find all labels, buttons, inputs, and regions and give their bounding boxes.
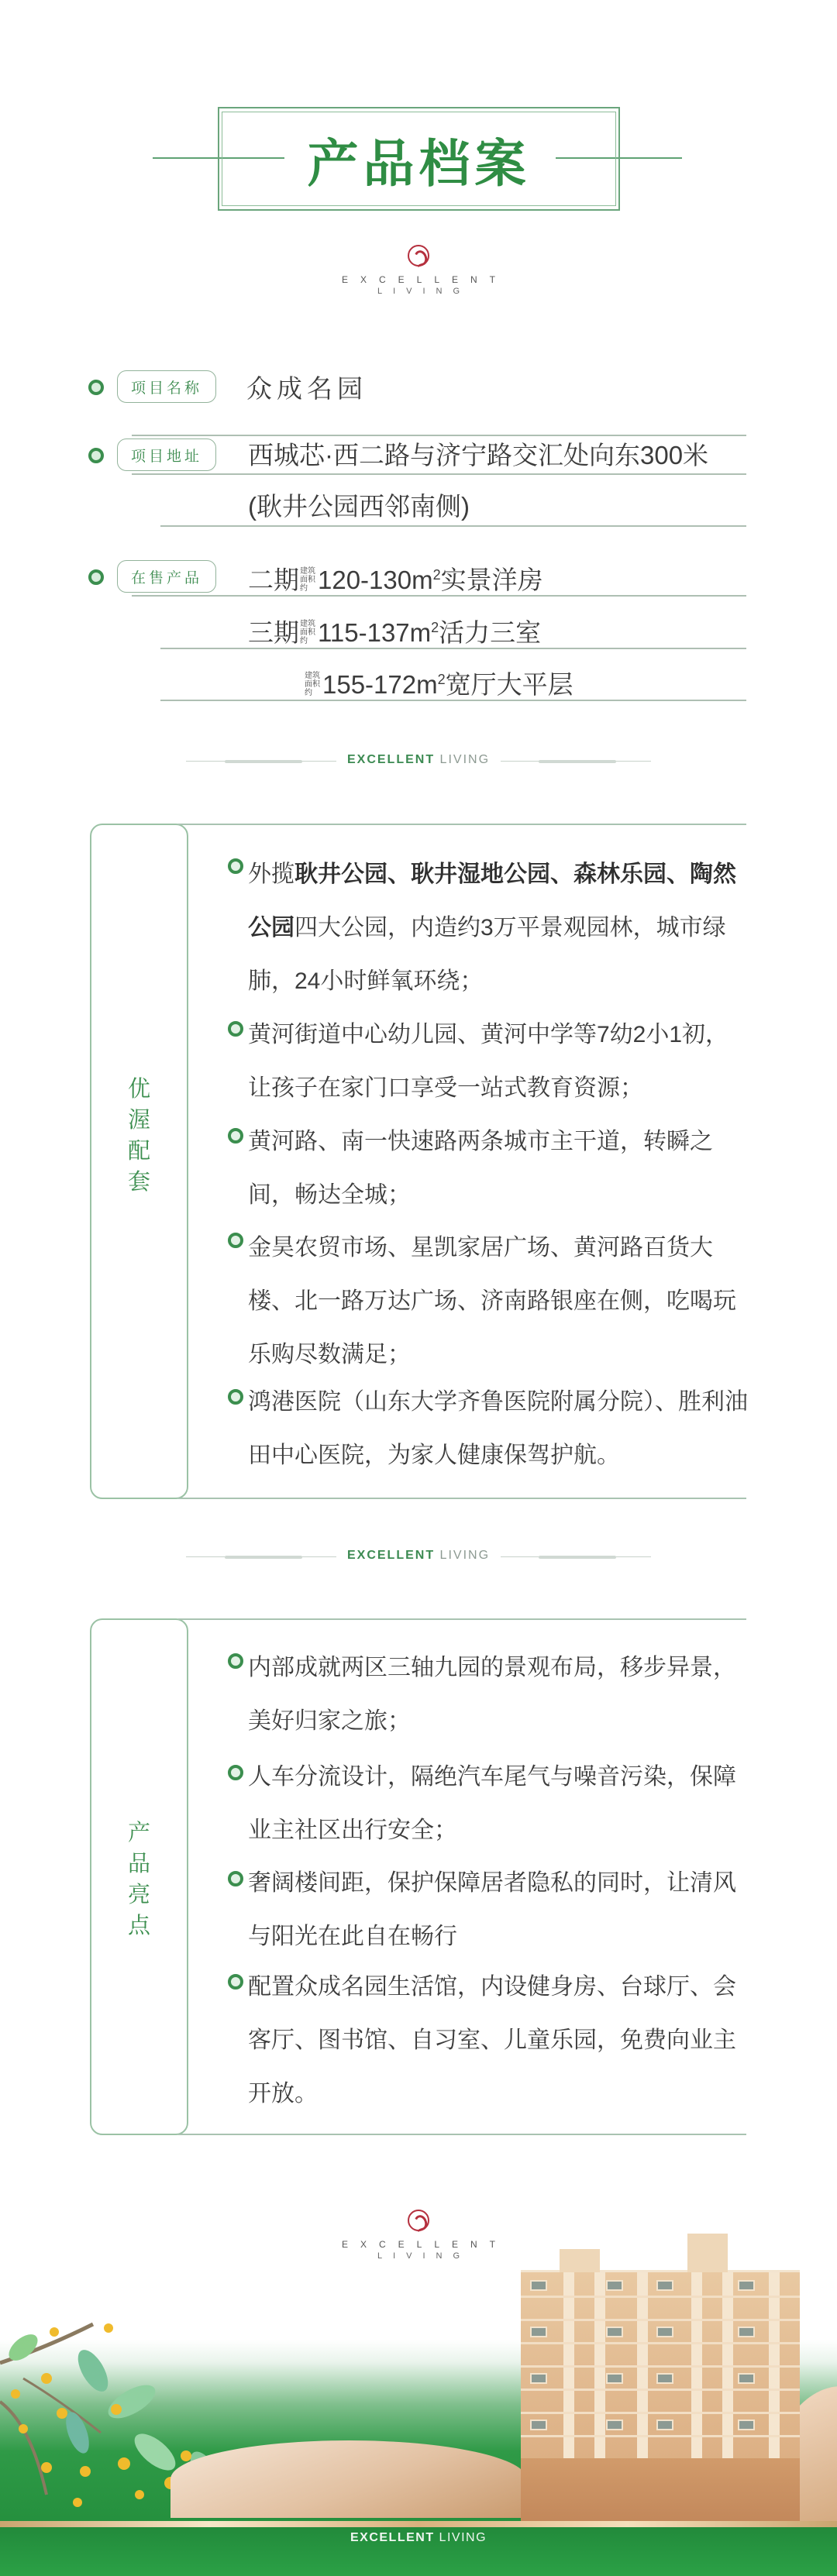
label-project-name: 项目名称 xyxy=(117,370,216,403)
divider-bold-text: EXCELLENT xyxy=(347,1549,435,1562)
divider-light-text: LIVING xyxy=(440,1549,490,1562)
highlight-item-landscape: 内部成就两区三轴九园的景观布局，移步异景，美好归家之旅； xyxy=(248,1641,748,1748)
product-area-sup: 2 xyxy=(438,672,446,687)
amenity-item-education: 黄河街道中心幼儿园、黄河中学等7幼2小1初，让孩子在家门口享受一站式教育资源； xyxy=(248,1008,748,1115)
seal-logo-icon xyxy=(408,245,429,267)
product-phase: 三期 xyxy=(248,618,299,647)
section-divider: EXCELLENT LIVING xyxy=(186,1546,651,1569)
label-products-on-sale: 在售产品 xyxy=(117,560,216,593)
card-top-border xyxy=(178,824,746,825)
info-underline xyxy=(132,473,746,475)
product-phase: 二期 xyxy=(248,566,299,594)
bullet-dot-icon xyxy=(228,1974,243,1990)
card-title-amenities: 优 渥 配 套 xyxy=(90,1073,188,1197)
gold-wave-decoration xyxy=(170,2440,527,2518)
info-underline xyxy=(160,525,746,527)
seal-logo-icon xyxy=(408,2210,429,2231)
info-underline xyxy=(160,648,746,649)
card-bottom-border xyxy=(178,2134,746,2135)
product-area: 120-130m xyxy=(318,566,433,594)
footer-tagline: EXCELLENT LIVING xyxy=(0,2531,837,2545)
product-row: 建筑面积约155-172m2宽厅大平层 xyxy=(304,665,573,701)
page-title: 产品档案 xyxy=(218,107,620,211)
gold-band-decoration xyxy=(0,2521,837,2527)
bullet-dot-icon xyxy=(228,1128,243,1144)
bullet-dot-icon xyxy=(228,1653,243,1669)
product-area-sup: 2 xyxy=(433,567,441,583)
highlight-item-traffic: 人车分流设计，隔绝汽车尾气与噪音污染，保障业主社区出行安全； xyxy=(248,1750,748,1857)
product-area: 155-172m xyxy=(322,670,438,699)
project-address-line1: 西城芯·西二路与济宁路交汇处向东300米 xyxy=(248,435,708,472)
divider-bold-text: EXCELLENT xyxy=(347,753,435,766)
card-bottom-border xyxy=(178,1498,746,1499)
card-title-highlights: 产 品 亮 点 xyxy=(90,1817,188,1941)
logo-text-line2: LIVING xyxy=(0,287,837,296)
label-project-address: 项目地址 xyxy=(117,439,216,471)
bullet-dot-icon xyxy=(228,1389,243,1405)
highlight-item-clubhouse: 配置众成名园生活馆，内设健身房、台球厅、会客厅、图书馆、自习室、儿童乐园，免费向… xyxy=(248,1960,748,2120)
project-name-value: 众成名园 xyxy=(246,369,367,405)
bullet-dot-icon xyxy=(88,569,104,585)
amenity-item-medical: 鸿港医院（山东大学齐鲁医院附属分院）、胜利油田中心医院，为家人健康保驾护航。 xyxy=(248,1375,748,1482)
product-desc: 实景洋房 xyxy=(441,566,543,594)
product-row: 三期建筑面积约115-137m2活力三室 xyxy=(248,613,541,649)
bullet-dot-icon xyxy=(228,1021,243,1037)
bullet-dot-icon xyxy=(88,448,104,463)
bullet-dot-icon xyxy=(228,1233,243,1248)
amenity-item-transport: 黄河路、南一快速路两条城市主干道，转瞬之间，畅达全城； xyxy=(248,1115,748,1222)
bullet-dot-icon xyxy=(228,858,243,874)
building-illustration xyxy=(521,2270,800,2522)
amenity-item-shopping: 金昊农贸市场、星凯家居广场、黄河路百货大楼、北一路万达广场、济南路银座在侧，吃喝… xyxy=(248,1221,748,1381)
card-top-border xyxy=(178,1618,746,1620)
product-area-note: 建筑面积约 xyxy=(300,567,317,593)
bullet-dot-icon xyxy=(88,380,104,395)
divider-light-text: LIVING xyxy=(440,753,490,766)
product-row: 二期建筑面积约120-130m2实景洋房 xyxy=(248,560,543,597)
product-area: 115-137m xyxy=(318,618,431,647)
amenity-item-parks: 外揽耿井公园、耿井湿地公园、森林乐园、陶然公园四大公园，内造约3万平景观园林，城… xyxy=(248,848,748,1008)
bullet-dot-icon xyxy=(228,1765,243,1780)
highlight-item-spacing: 奢阔楼间距，保护保障居者隐私的同时，让清风与阳光在此自在畅行 xyxy=(248,1856,748,1963)
product-area-sup: 2 xyxy=(431,620,439,635)
brand-logo: EXCELLENT LIVING xyxy=(0,245,837,296)
section-divider: EXCELLENT LIVING xyxy=(186,750,651,773)
project-address-line2: (耿井公园西邻南侧) xyxy=(248,487,470,523)
logo-text-line1: EXCELLENT xyxy=(0,274,837,285)
product-area-note: 建筑面积约 xyxy=(300,620,317,645)
bullet-dot-icon xyxy=(228,1871,243,1886)
product-area-note: 建筑面积约 xyxy=(305,672,322,697)
info-underline xyxy=(132,595,746,597)
info-underline xyxy=(160,700,746,701)
product-desc: 宽厅大平层 xyxy=(446,670,573,699)
product-desc: 活力三室 xyxy=(439,618,541,647)
